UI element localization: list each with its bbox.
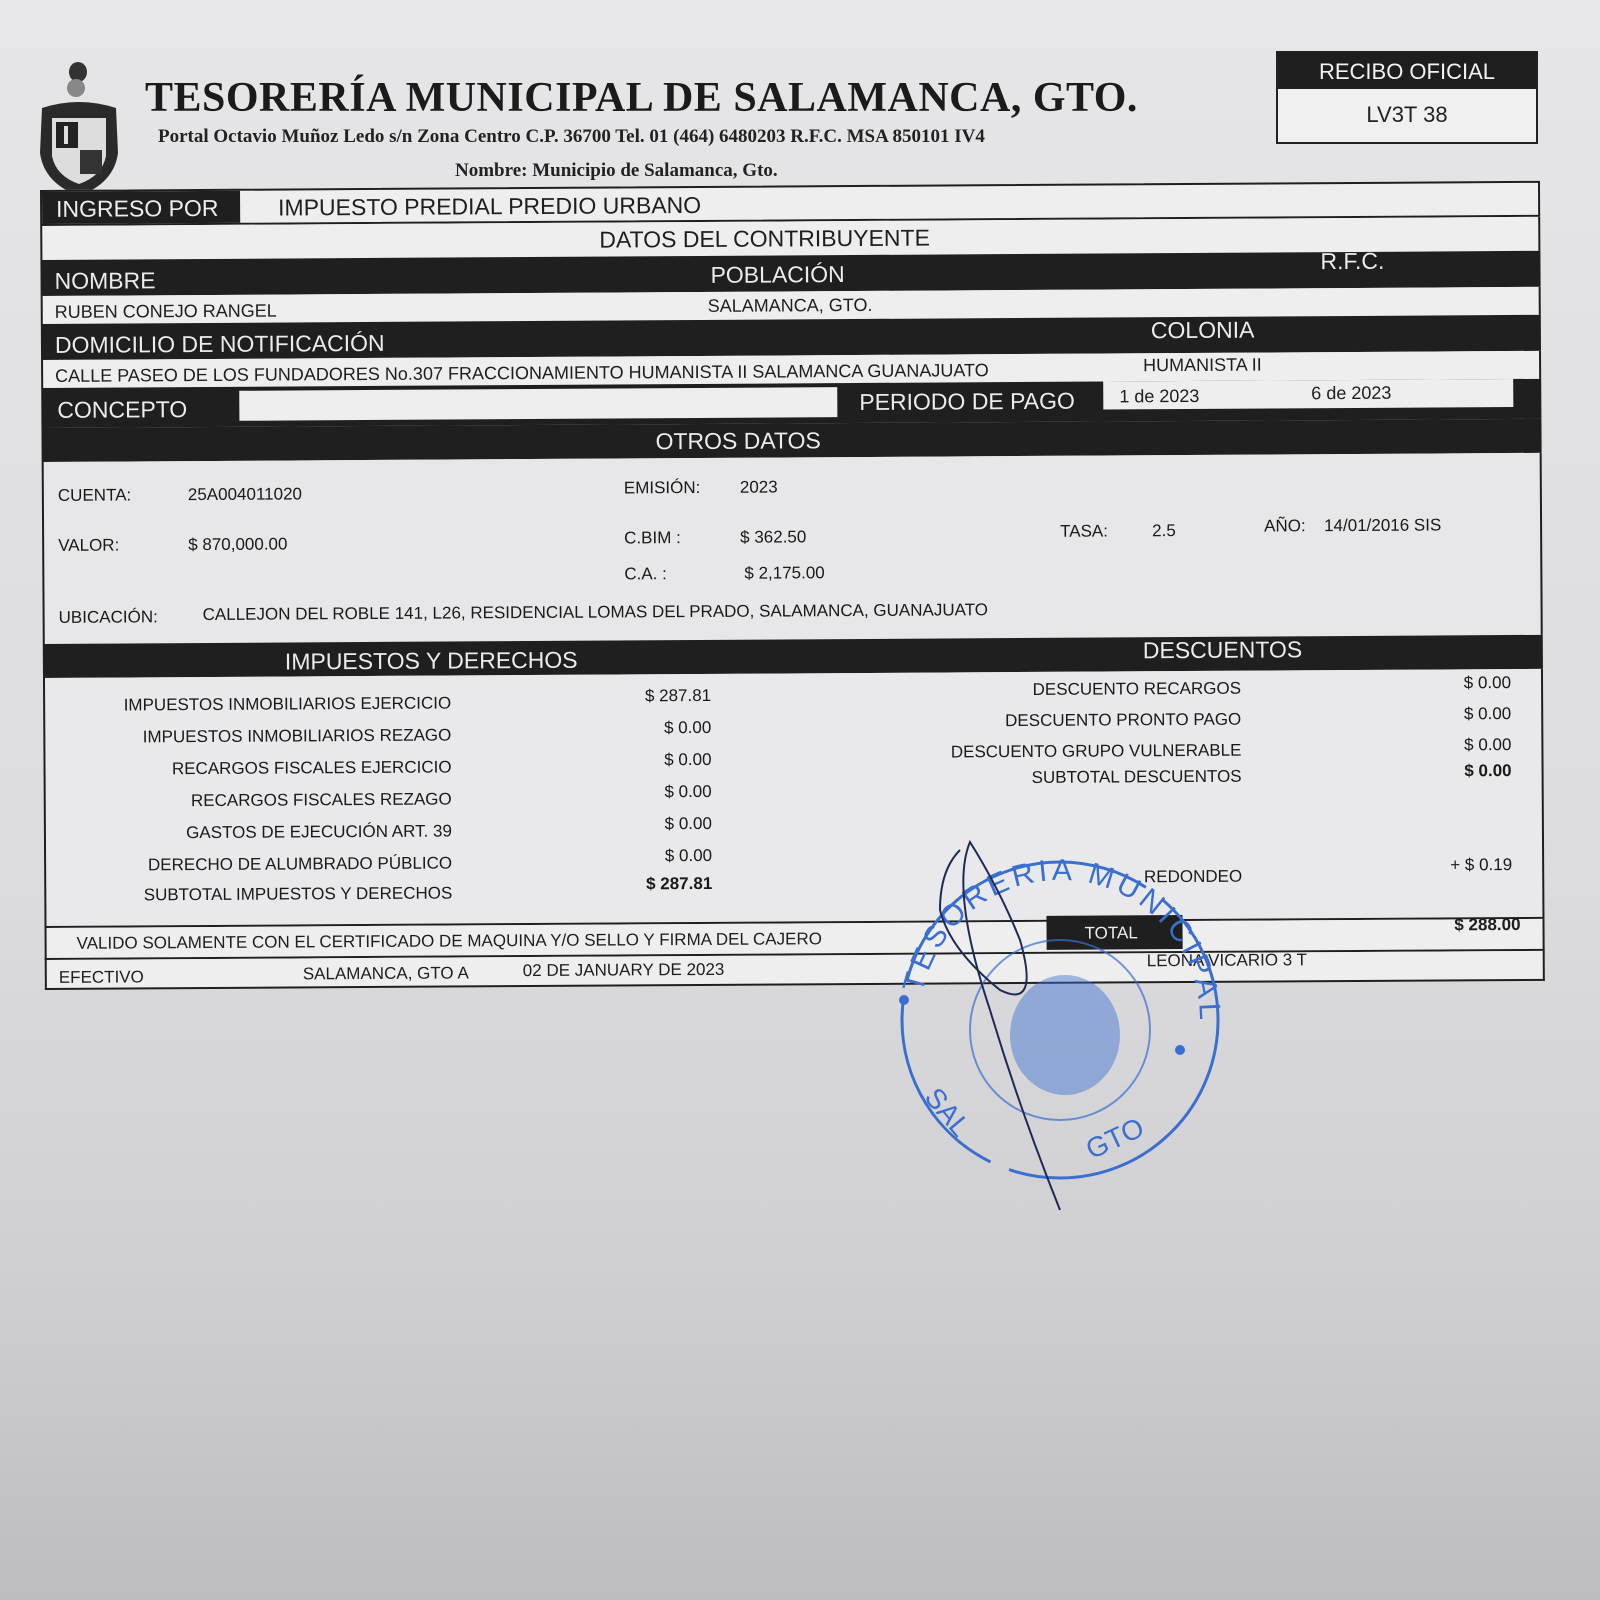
impuesto-item-amount: $ 0.00 <box>664 750 711 770</box>
official-receipt-box: RECIBO OFICIAL LV3T 38 <box>1276 51 1538 144</box>
impuesto-item-label: RECARGOS FISCALES EJERCICIO <box>172 757 452 779</box>
rfc-label: R.F.C. <box>1320 248 1384 275</box>
ingreso-label: INGRESO POR <box>56 195 218 223</box>
emision-value: 2023 <box>740 477 778 497</box>
treasury-name: Nombre: Municipio de Salamanca, Gto. <box>455 160 778 182</box>
emision-label: EMISIÓN: <box>624 478 701 498</box>
impuestos-subtotal-label: SUBTOTAL IMPUESTOS Y DERECHOS <box>144 883 453 905</box>
receipt-number: LV3T 38 <box>1278 89 1536 141</box>
contribuyente-nombre: RUBEN CONEJO RANGEL <box>55 301 277 323</box>
descuento-item-amount: $ 0.00 <box>1464 673 1511 693</box>
impuesto-item-amount: $ 0.00 <box>665 814 712 834</box>
total-label-box: TOTAL <box>1046 915 1182 950</box>
payment-method: EFECTIVO <box>59 967 144 988</box>
anio-value: 14/01/2016 SIS <box>1324 515 1441 536</box>
periodo-hasta: 6 de 2023 <box>1311 383 1391 404</box>
ingreso-value: IMPUESTO PREDIAL PREDIO URBANO <box>278 192 701 222</box>
impuesto-item-label: GASTOS DE EJECUCIÓN ART. 39 <box>186 821 452 843</box>
descuento-item-label: DESCUENTO PRONTO PAGO <box>1005 710 1241 731</box>
impuesto-item-label: RECARGOS FISCALES REZAGO <box>191 789 452 811</box>
redondeo-value: + $ 0.19 <box>1450 855 1512 875</box>
official-receipt-label: RECIBO OFICIAL <box>1278 53 1536 89</box>
contribuyente-title: DATOS DEL CONTRIBUYENTE <box>599 225 930 254</box>
descuentos-subtotal-label: SUBTOTAL DESCUENTOS <box>1032 767 1242 788</box>
descuentos-subtotal-value: $ 0.00 <box>1464 761 1511 781</box>
contribuyente-colonia: HUMANISTA II <box>1143 355 1262 377</box>
receipt-page: TESORERÍA MUNICIPAL DE SALAMANCA, GTO. P… <box>0 0 1600 1600</box>
impuesto-item-amount: $ 0.00 <box>664 718 711 738</box>
impuestos-subtotal-value: $ 287.81 <box>646 874 712 894</box>
impuesto-item-label: IMPUESTOS INMOBILIARIOS REZAGO <box>143 725 452 747</box>
impuestos-title: IMPUESTOS Y DERECHOS <box>285 647 578 676</box>
anio-label: AÑO: <box>1264 516 1306 536</box>
payment-date: 02 DE JANUARY DE 2023 <box>523 960 725 981</box>
domicilio-label: DOMICILIO DE NOTIFICACIÓN <box>55 330 385 359</box>
ca-value: $ 2,175.00 <box>744 563 824 583</box>
valor-label: VALOR: <box>58 536 119 556</box>
svg-text:GTO: GTO <box>1081 1112 1149 1166</box>
total-label: TOTAL <box>1085 923 1138 943</box>
cuenta-label: CUENTA: <box>58 485 131 505</box>
validity-note: VALIDO SOLAMENTE CON EL CERTIFICADO DE M… <box>77 929 822 954</box>
periodo-label: PERIODO DE PAGO <box>859 388 1075 416</box>
coat-of-arms-icon <box>34 58 124 198</box>
impuesto-item-amount: $ 287.81 <box>645 686 711 706</box>
concepto-label: CONCEPTO <box>57 396 187 424</box>
ubicacion-value: CALLEJON DEL ROBLE 141, L26, RESIDENCIAL… <box>203 600 989 625</box>
descuento-item-amount: $ 0.00 <box>1464 735 1511 755</box>
impuesto-item-amount: $ 0.00 <box>664 782 711 802</box>
concepto-field <box>239 387 837 421</box>
cbim-label: C.BIM : <box>624 528 681 548</box>
descuento-item-label: DESCUENTO GRUPO VULNERABLE <box>951 741 1242 763</box>
colonia-label: COLONIA <box>1151 317 1255 345</box>
otros-title: OTROS DATOS <box>655 427 820 455</box>
tasa-label: TASA: <box>1060 521 1108 541</box>
valor-value: $ 870,000.00 <box>188 534 287 555</box>
contribuyente-poblacion: SALAMANCA, GTO. <box>708 295 873 317</box>
impuestos-descuentos-body: IMPUESTOS INMOBILIARIOS EJERCICIO$ 287.8… <box>43 669 1544 928</box>
treasury-title: TESORERÍA MUNICIPAL DE SALAMANCA, GTO. <box>145 74 1138 122</box>
poblacion-label: POBLACIÓN <box>710 261 844 289</box>
cuenta-value: 25A004011020 <box>188 484 302 505</box>
otros-body: CUENTA: 25A004011020 EMISIÓN: 2023 VALOR… <box>42 453 1543 644</box>
svg-text:SAL: SAL <box>919 1082 977 1142</box>
descuento-item-label: DESCUENTO RECARGOS <box>1033 679 1242 700</box>
impuesto-item-amount: $ 0.00 <box>665 846 712 866</box>
periodo-desde: 1 de 2023 <box>1119 386 1199 407</box>
impuesto-item-label: IMPUESTOS INMOBILIARIOS EJERCICIO <box>124 693 452 715</box>
ubicacion-label: UBICACIÓN: <box>59 607 158 628</box>
cbim-value: $ 362.50 <box>740 527 806 547</box>
cashier-name: LEONA VICARIO 3 T <box>1147 950 1307 971</box>
payment-place: SALAMANCA, GTO A <box>303 963 469 984</box>
tasa-value: 2.5 <box>1152 521 1176 541</box>
redondeo-label: REDONDEO <box>1144 867 1242 888</box>
descuentos-title: DESCUENTOS <box>1143 636 1302 664</box>
total-value: $ 288.00 <box>1454 915 1520 935</box>
receipt-form: INGRESO POR IMPUESTO PREDIAL PREDIO URBA… <box>40 181 1565 1000</box>
nombre-label: NOMBRE <box>54 267 155 295</box>
impuesto-item-label: DERECHO DE ALUMBRADO PÚBLICO <box>148 853 452 875</box>
ca-label: C.A. : <box>624 564 667 584</box>
descuento-item-amount: $ 0.00 <box>1464 704 1511 724</box>
periodo-field: 1 de 2023 6 de 2023 <box>1103 379 1513 410</box>
treasury-address: Portal Octavio Muñoz Ledo s/n Zona Centr… <box>158 126 985 148</box>
